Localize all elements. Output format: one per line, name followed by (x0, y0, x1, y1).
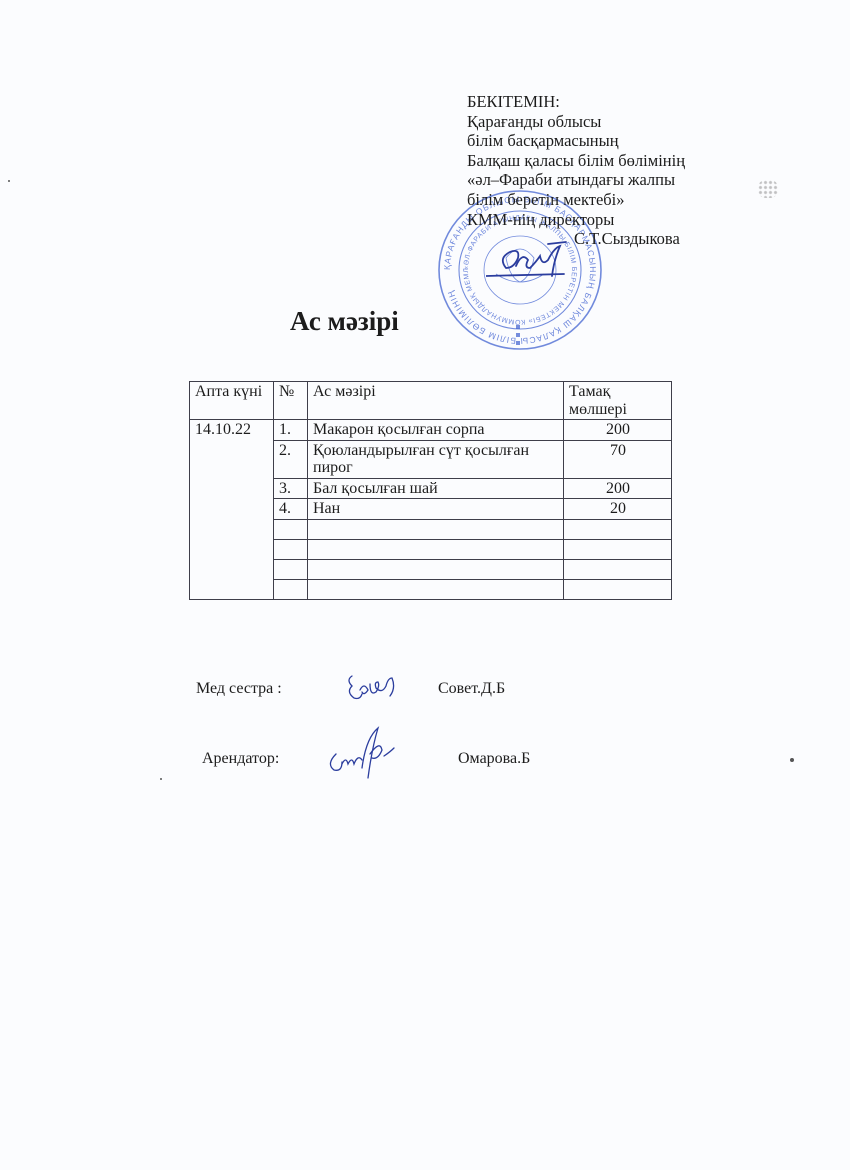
nurse-label: Мед сестра : (196, 680, 282, 698)
row-number: 1. (274, 420, 308, 441)
nurse-signature (344, 670, 402, 706)
nurse-name: Совет.Д.Б (438, 680, 505, 698)
scan-speck (160, 778, 162, 780)
header-quantity: Тамақ мөлшері (564, 382, 672, 420)
header-dish: Ас мәзірі (308, 382, 564, 420)
empty-cell (308, 519, 564, 539)
empty-cell (564, 579, 672, 599)
row-number: 3. (274, 478, 308, 499)
row-quantity: 20 (564, 499, 672, 520)
tenant-signature (326, 724, 402, 780)
approval-line: «әл–Фараби атындағы жалпы (467, 170, 767, 190)
empty-cell (308, 559, 564, 579)
empty-cell (274, 559, 308, 579)
row-dish: Нан (308, 499, 564, 520)
row-quantity: 200 (564, 420, 672, 441)
row-number: 2. (274, 440, 308, 478)
scan-speck (758, 180, 778, 198)
tenant-label: Арендатор: (202, 750, 279, 768)
row-dish: Қоюландырылған сүт қосылған пирог (308, 440, 564, 478)
table-header-row: Апта күні № Ас мәзірі Тамақ мөлшері (190, 382, 672, 420)
row-quantity: 200 (564, 478, 672, 499)
director-name: С.Т.Сыздыкова (574, 229, 680, 249)
scan-speck (8, 180, 10, 182)
approval-block: БЕКІТЕМІН: Қарағанды облысы білім басқар… (467, 92, 767, 249)
approval-line: Балқаш қаласы білім бөлімінің (467, 151, 767, 171)
empty-cell (274, 579, 308, 599)
menu-table: Апта күні № Ас мәзірі Тамақ мөлшері 14.1… (189, 381, 672, 600)
date-cell: 14.10.22 (190, 420, 274, 600)
row-number: 4. (274, 499, 308, 520)
empty-cell (564, 519, 672, 539)
table-row: 14.10.22 1. Макарон қосылған сорпа 200 (190, 420, 672, 441)
empty-cell (308, 579, 564, 599)
empty-cell (274, 519, 308, 539)
empty-cell (564, 559, 672, 579)
page-title: Ас мәзірі (290, 306, 399, 337)
row-dish: Бал қосылған шай (308, 478, 564, 499)
empty-cell (308, 539, 564, 559)
header-date: Апта күні (190, 382, 274, 420)
approval-heading: БЕКІТЕМІН: (467, 92, 767, 112)
scan-speck (790, 758, 794, 762)
approval-line: білім беретін мектебі» (467, 190, 767, 210)
approval-line: білім басқармасының (467, 131, 767, 151)
approval-line: КММ-нің директоры (467, 210, 767, 230)
row-dish: Макарон қосылған сорпа (308, 420, 564, 441)
empty-cell (274, 539, 308, 559)
empty-cell (564, 539, 672, 559)
header-number: № (274, 382, 308, 420)
director-signature (486, 238, 576, 288)
approval-line: Қарағанды облысы (467, 112, 767, 132)
tenant-name: Омарова.Б (458, 750, 530, 768)
row-quantity: 70 (564, 440, 672, 478)
